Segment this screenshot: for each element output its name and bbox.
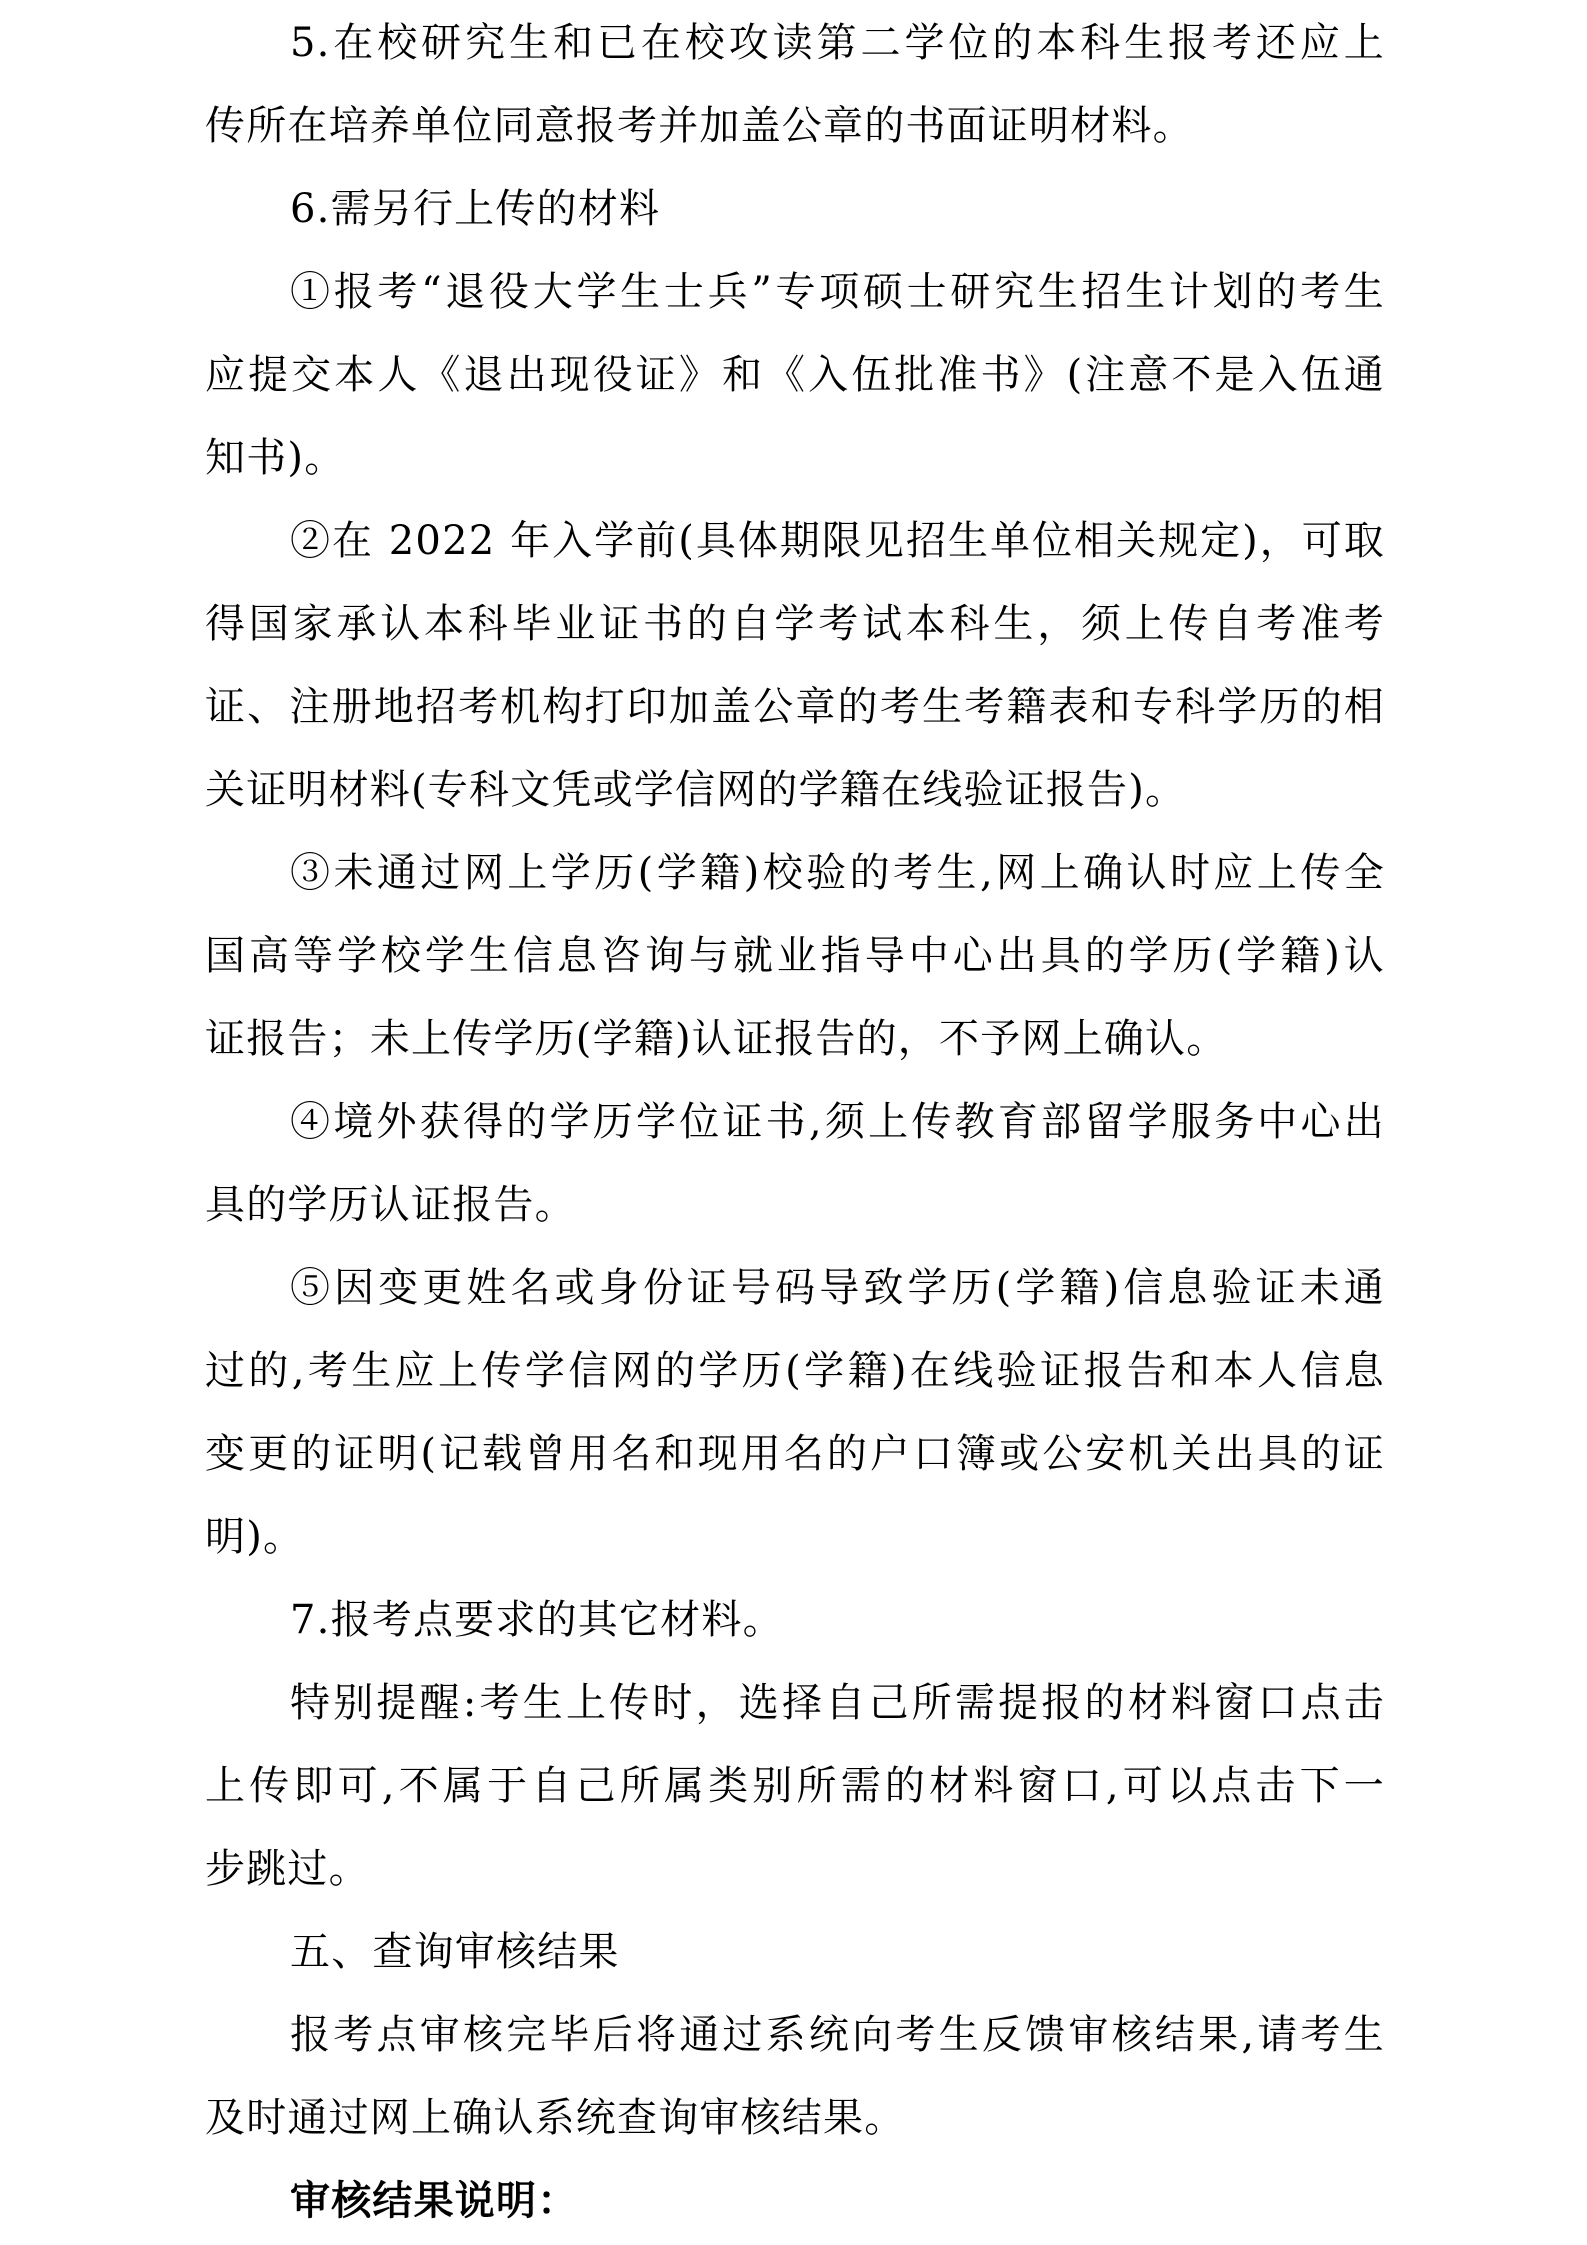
sub-item-2-line-4: 关证明材料(专科文凭或学信网的学籍在线验证报告)。 [205, 760, 1385, 820]
sub-item-1-line-1: ①报考“退役大学生士兵”专项硕士研究生招生计划的考生 [290, 262, 1385, 322]
sub-item-4-line-1: ④境外获得的学历学位证书,须上传教育部留学服务中心出 [290, 1092, 1385, 1152]
sub-item-2-line-2: 得国家承认本科毕业证书的自学考试本科生，须上传自考准考 [205, 594, 1385, 654]
sub-item-1-line-3: 知书)。 [205, 428, 1385, 488]
paragraph-5-line-2: 传所在培养单位同意报考并加盖公章的书面证明材料。 [205, 96, 1385, 156]
sub-item-2-line-3: 证、注册地招考机构打印加盖公章的考生考籍表和专科学历的相 [205, 677, 1385, 737]
paragraph-5-line-1: 5.在校研究生和已在校攻读第二学位的本科生报考还应上 [290, 13, 1385, 73]
reminder-line-3: 步跳过。 [205, 1839, 1385, 1899]
reminder-line-1: 特别提醒:考生上传时，选择自己所需提报的材料窗口点击 [290, 1673, 1385, 1733]
sub-item-2-line-1: ②在 2022 年入学前(具体期限见招生单位相关规定)，可取 [290, 511, 1385, 571]
sub-item-5-line-1: ⑤因变更姓名或身份证号码导致学历(学籍)信息验证未通 [290, 1258, 1385, 1318]
sub-item-5-line-4: 明)。 [205, 1507, 1385, 1567]
heading-item-6: 6.需另行上传的材料 [290, 179, 1385, 239]
review-result-explanation-heading: 审核结果说明： [290, 2171, 1385, 2231]
review-result-line-1: 报考点审核完毕后将通过系统向考生反馈审核结果,请考生 [290, 2005, 1385, 2065]
sub-item-3-line-2: 国高等学校学生信息咨询与就业指导中心出具的学历(学籍)认 [205, 926, 1385, 986]
review-result-line-2: 及时通过网上确认系统查询审核结果。 [205, 2088, 1385, 2148]
sub-item-4-line-2: 具的学历认证报告。 [205, 1175, 1385, 1235]
section-heading-5: 五、查询审核结果 [290, 1922, 1385, 1982]
heading-item-7: 7.报考点要求的其它材料。 [290, 1590, 1385, 1650]
document-page: 5.在校研究生和已在校攻读第二学位的本科生报考还应上 传所在培养单位同意报考并加… [0, 0, 1587, 2245]
sub-item-5-line-2: 过的,考生应上传学信网的学历(学籍)在线验证报告和本人信息 [205, 1341, 1385, 1401]
sub-item-1-line-2: 应提交本人《退出现役证》和《入伍批准书》(注意不是入伍通 [205, 345, 1385, 405]
reminder-line-2: 上传即可,不属于自己所属类别所需的材料窗口,可以点击下一 [205, 1756, 1385, 1816]
sub-item-5-line-3: 变更的证明(记载曾用名和现用名的户口簿或公安机关出具的证 [205, 1424, 1385, 1484]
sub-item-3-line-3: 证报告；未上传学历(学籍)认证报告的，不予网上确认。 [205, 1009, 1385, 1069]
sub-item-3-line-1: ③未通过网上学历(学籍)校验的考生,网上确认时应上传全 [290, 843, 1385, 903]
